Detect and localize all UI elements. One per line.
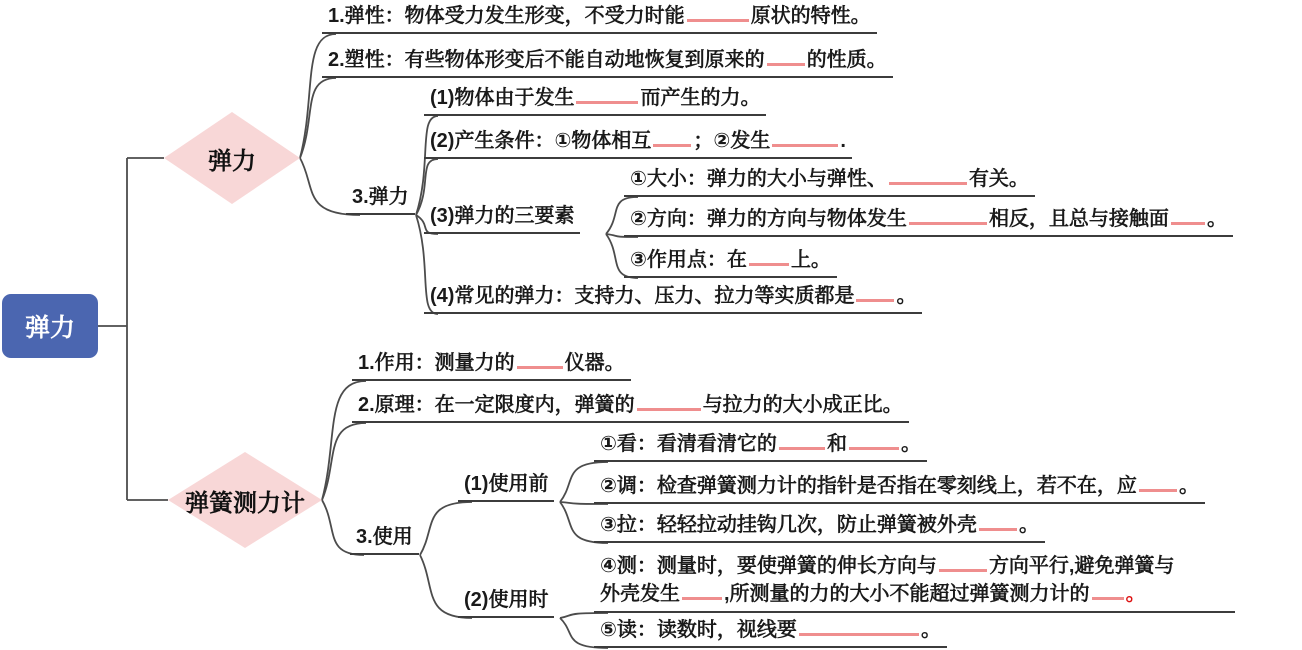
blank-underline xyxy=(687,17,749,22)
root-node-elastic-force: 弹力 xyxy=(2,294,98,358)
text-segment: . xyxy=(840,130,846,152)
text-segment: 外壳发生 xyxy=(600,583,680,605)
text-segment: 和 xyxy=(827,433,847,455)
label-elastic-force-sub: 3.弹力 xyxy=(346,184,415,215)
blank-underline xyxy=(653,142,691,147)
red-period-mark: 。 xyxy=(1126,583,1146,605)
blank-underline xyxy=(749,261,789,266)
text-segment: 2.原理：在一定限度内，弹簧的 xyxy=(358,394,635,416)
text-segment: 。 xyxy=(1207,208,1227,230)
text-segment: ③作用点：在 xyxy=(630,249,747,271)
blank-underline xyxy=(779,445,825,450)
node-conditions: (2)产生条件：①物体相互；②发生. xyxy=(424,128,852,159)
text-segment: ④测：测量时，要使弹簧的伸长方向与 xyxy=(600,555,937,577)
blank-underline xyxy=(849,445,899,450)
blank-underline xyxy=(799,631,919,636)
node-common-forces: (4)常见的弹力：支持力、压力、拉力等实质都是。 xyxy=(424,283,922,314)
topic-label: 弹力 xyxy=(208,141,256,176)
blank-underline xyxy=(909,220,987,225)
text-segment: ①看：看清看清它的 xyxy=(600,433,777,455)
text-segment: 。 xyxy=(921,619,941,641)
blank-underline xyxy=(889,180,967,185)
text-segment: (2)产生条件：①物体相互 xyxy=(430,130,651,152)
text-segment: 与拉力的大小成正比。 xyxy=(703,394,903,416)
node-action-point: ③作用点：在上。 xyxy=(624,247,837,278)
blank-underline xyxy=(767,61,805,66)
text-segment: 。 xyxy=(1019,514,1039,536)
mindmap-canvas: 弹力 弹力 弹簧测力计 1.弹性：物体受力发生形变，不受力时能原状的特性。 2.… xyxy=(0,0,1302,650)
blank-underline xyxy=(979,526,1017,531)
node-direction: ②方向：弹力的方向与物体发生相反，且总与接触面。 xyxy=(624,206,1233,237)
text-segment: (1)物体由于发生 xyxy=(430,87,574,109)
text-segment: 有关。 xyxy=(969,168,1029,190)
text-segment: 而产生的力。 xyxy=(640,87,760,109)
label-three-elements: (3)弹力的三要素 xyxy=(424,203,580,234)
text-segment: 1.弹性：物体受力发生形变，不受力时能 xyxy=(328,5,685,27)
text-segment: ；②发生 xyxy=(693,130,770,152)
node-read: ⑤读：读数时，视线要。 xyxy=(594,617,947,648)
node-principle: 2.原理：在一定限度内，弹簧的与拉力的大小成正比。 xyxy=(352,392,909,423)
node-force-origin: (1)物体由于发生而产生的力。 xyxy=(424,85,766,116)
blank-underline xyxy=(637,406,701,411)
node-look: ①看：看清看清它的和。 xyxy=(594,431,927,462)
text-segment: 上。 xyxy=(791,249,831,271)
blank-underline xyxy=(576,99,638,104)
text-segment: 仪器。 xyxy=(565,352,625,374)
text-segment: (2)使用时 xyxy=(464,589,548,611)
text-segment: 3.弹力 xyxy=(352,186,409,208)
node-pull: ③拉：轻轻拉动挂钩几次，防止弹簧被外壳。 xyxy=(594,512,1045,543)
blank-underline xyxy=(517,364,563,369)
node-adjust: ②调：检查弹簧测力计的指针是否指在零刻线上，若不在，应。 xyxy=(594,473,1205,504)
blank-underline xyxy=(856,297,894,302)
topic-label: 弹簧测力计 xyxy=(185,483,305,518)
text-segment: 3.使用 xyxy=(356,526,413,548)
text-segment: 。 xyxy=(1179,475,1199,497)
node-measure: ④测：测量时，要使弹簧的伸长方向与方向平行,避免弹簧与 外壳发生,所测量的力的大… xyxy=(594,552,1235,613)
text-segment: ⑤读：读数时，视线要 xyxy=(600,619,797,641)
text-segment: ③拉：轻轻拉动挂钩几次，防止弹簧被外壳 xyxy=(600,514,977,536)
text-segment: ①大小：弹力的大小与弹性、 xyxy=(630,168,887,190)
text-segment: (4)常见的弹力：支持力、压力、拉力等实质都是 xyxy=(430,285,854,307)
text-segment: (3)弹力的三要素 xyxy=(430,205,574,227)
text-segment: ,所测量的力的大小不能超过弹簧测力计的 xyxy=(724,583,1090,605)
node-plasticity: 2.塑性：有些物体形变后不能自动地恢复到原来的的性质。 xyxy=(322,47,893,78)
label-usage: 3.使用 xyxy=(350,524,419,555)
text-segment: 。 xyxy=(896,285,916,307)
text-segment: 原状的特性。 xyxy=(751,5,871,27)
root-label: 弹力 xyxy=(25,308,75,344)
blank-underline xyxy=(682,595,722,600)
node-function: 1.作用：测量力的仪器。 xyxy=(352,350,631,381)
blank-underline xyxy=(1092,595,1124,600)
text-segment: 相反，且总与接触面 xyxy=(989,208,1169,230)
text-segment: 。 xyxy=(901,433,921,455)
text-segment: ②调：检查弹簧测力计的指针是否指在零刻线上，若不在，应 xyxy=(600,475,1137,497)
node-elasticity: 1.弹性：物体受力发生形变，不受力时能原状的特性。 xyxy=(322,3,877,34)
blank-underline xyxy=(1139,487,1177,492)
label-during-use: (2)使用时 xyxy=(458,587,554,618)
text-segment: 2.塑性：有些物体形变后不能自动地恢复到原来的 xyxy=(328,49,765,71)
text-segment: 1.作用：测量力的 xyxy=(358,352,515,374)
node-magnitude: ①大小：弹力的大小与弹性、有关。 xyxy=(624,166,1035,197)
text-segment: 的性质。 xyxy=(807,49,887,71)
blank-underline xyxy=(939,567,987,572)
text-segment: ②方向：弹力的方向与物体发生 xyxy=(630,208,907,230)
trunk-lines xyxy=(98,158,168,500)
text-segment: 方向平行,避免弹簧与 xyxy=(989,555,1175,577)
blank-underline xyxy=(1171,220,1205,225)
text-segment: (1)使用前 xyxy=(464,473,548,495)
label-before-use: (1)使用前 xyxy=(458,471,554,502)
blank-underline xyxy=(772,142,838,147)
